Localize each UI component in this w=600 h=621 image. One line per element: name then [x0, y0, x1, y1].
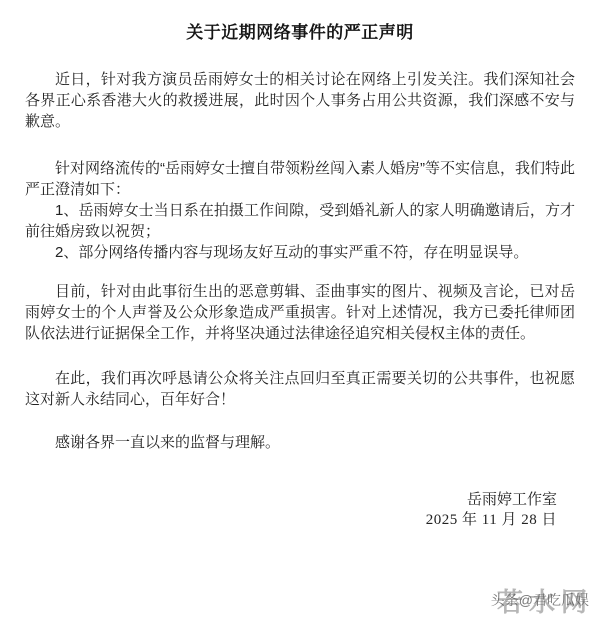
clarification-item-1: 1、岳雨婷女士当日系在拍摄工作间隙，受到婚礼新人的家人明确邀请后，方才前往婚房致…: [25, 200, 575, 242]
watermark-front-text: 头条@君吃瓜娱: [491, 590, 589, 610]
watermark-back-text: 若水网: [497, 582, 593, 619]
paragraph-legal-action: 目前，针对由此事衍生出的恶意剪辑、歪曲事实的图片、视频及言论，已对岳雨婷女士的个…: [25, 281, 575, 344]
statement-document: 关于近期网络事件的严正声明 近日，针对我方演员岳雨婷女士的相关讨论在网络上引发关…: [0, 0, 600, 531]
paragraph-block-appeal: 在此，我们再次呼恳请公众将关注点回归至真正需要关切的公共事件，也祝愿这对新人永结…: [25, 368, 575, 410]
signature-area: 岳雨婷工作室 2025 年 11 月 28 日: [25, 489, 575, 531]
paragraph-clarification-lead: 针对网络流传的“岳雨婷女士擅自带领粉丝闯入素人婚房”等不实信息，我们特此严正澄清…: [25, 158, 575, 200]
paragraph-public-appeal: 在此，我们再次呼恳请公众将关注点回归至真正需要关切的公共事件，也祝愿这对新人永结…: [25, 368, 575, 410]
clarification-item-2: 2、部分网络传播内容与现场友好互动的事实严重不符，存在明显误导。: [25, 242, 575, 263]
signature-studio-name: 岳雨婷工作室: [25, 489, 557, 510]
paragraph-intro: 近日，针对我方演员岳雨婷女士的相关讨论在网络上引发关注。我们深知社会各界正心系香…: [25, 69, 575, 132]
paragraph-block-clarification: 针对网络流传的“岳雨婷女士擅自带领粉丝闯入素人婚房”等不实信息，我们特此严正澄清…: [25, 158, 575, 263]
statement-title-text: 关于近期网络事件的严正声明: [186, 23, 414, 42]
paragraph-block-thanks: 感谢各界一直以来的监督与理解。: [25, 432, 575, 453]
statement-title: 关于近期网络事件的严正声明: [25, 18, 575, 43]
signature-date: 2025 年 11 月 28 日: [25, 510, 557, 531]
watermark: 若水网 头条@君吃瓜娱: [445, 583, 595, 619]
paragraph-block-intro: 近日，针对我方演员岳雨婷女士的相关讨论在网络上引发关注。我们深知社会各界正心系香…: [25, 69, 575, 132]
paragraph-thanks: 感谢各界一直以来的监督与理解。: [25, 432, 575, 453]
paragraph-block-legal: 目前，针对由此事衍生出的恶意剪辑、歪曲事实的图片、视频及言论，已对岳雨婷女士的个…: [25, 281, 575, 344]
